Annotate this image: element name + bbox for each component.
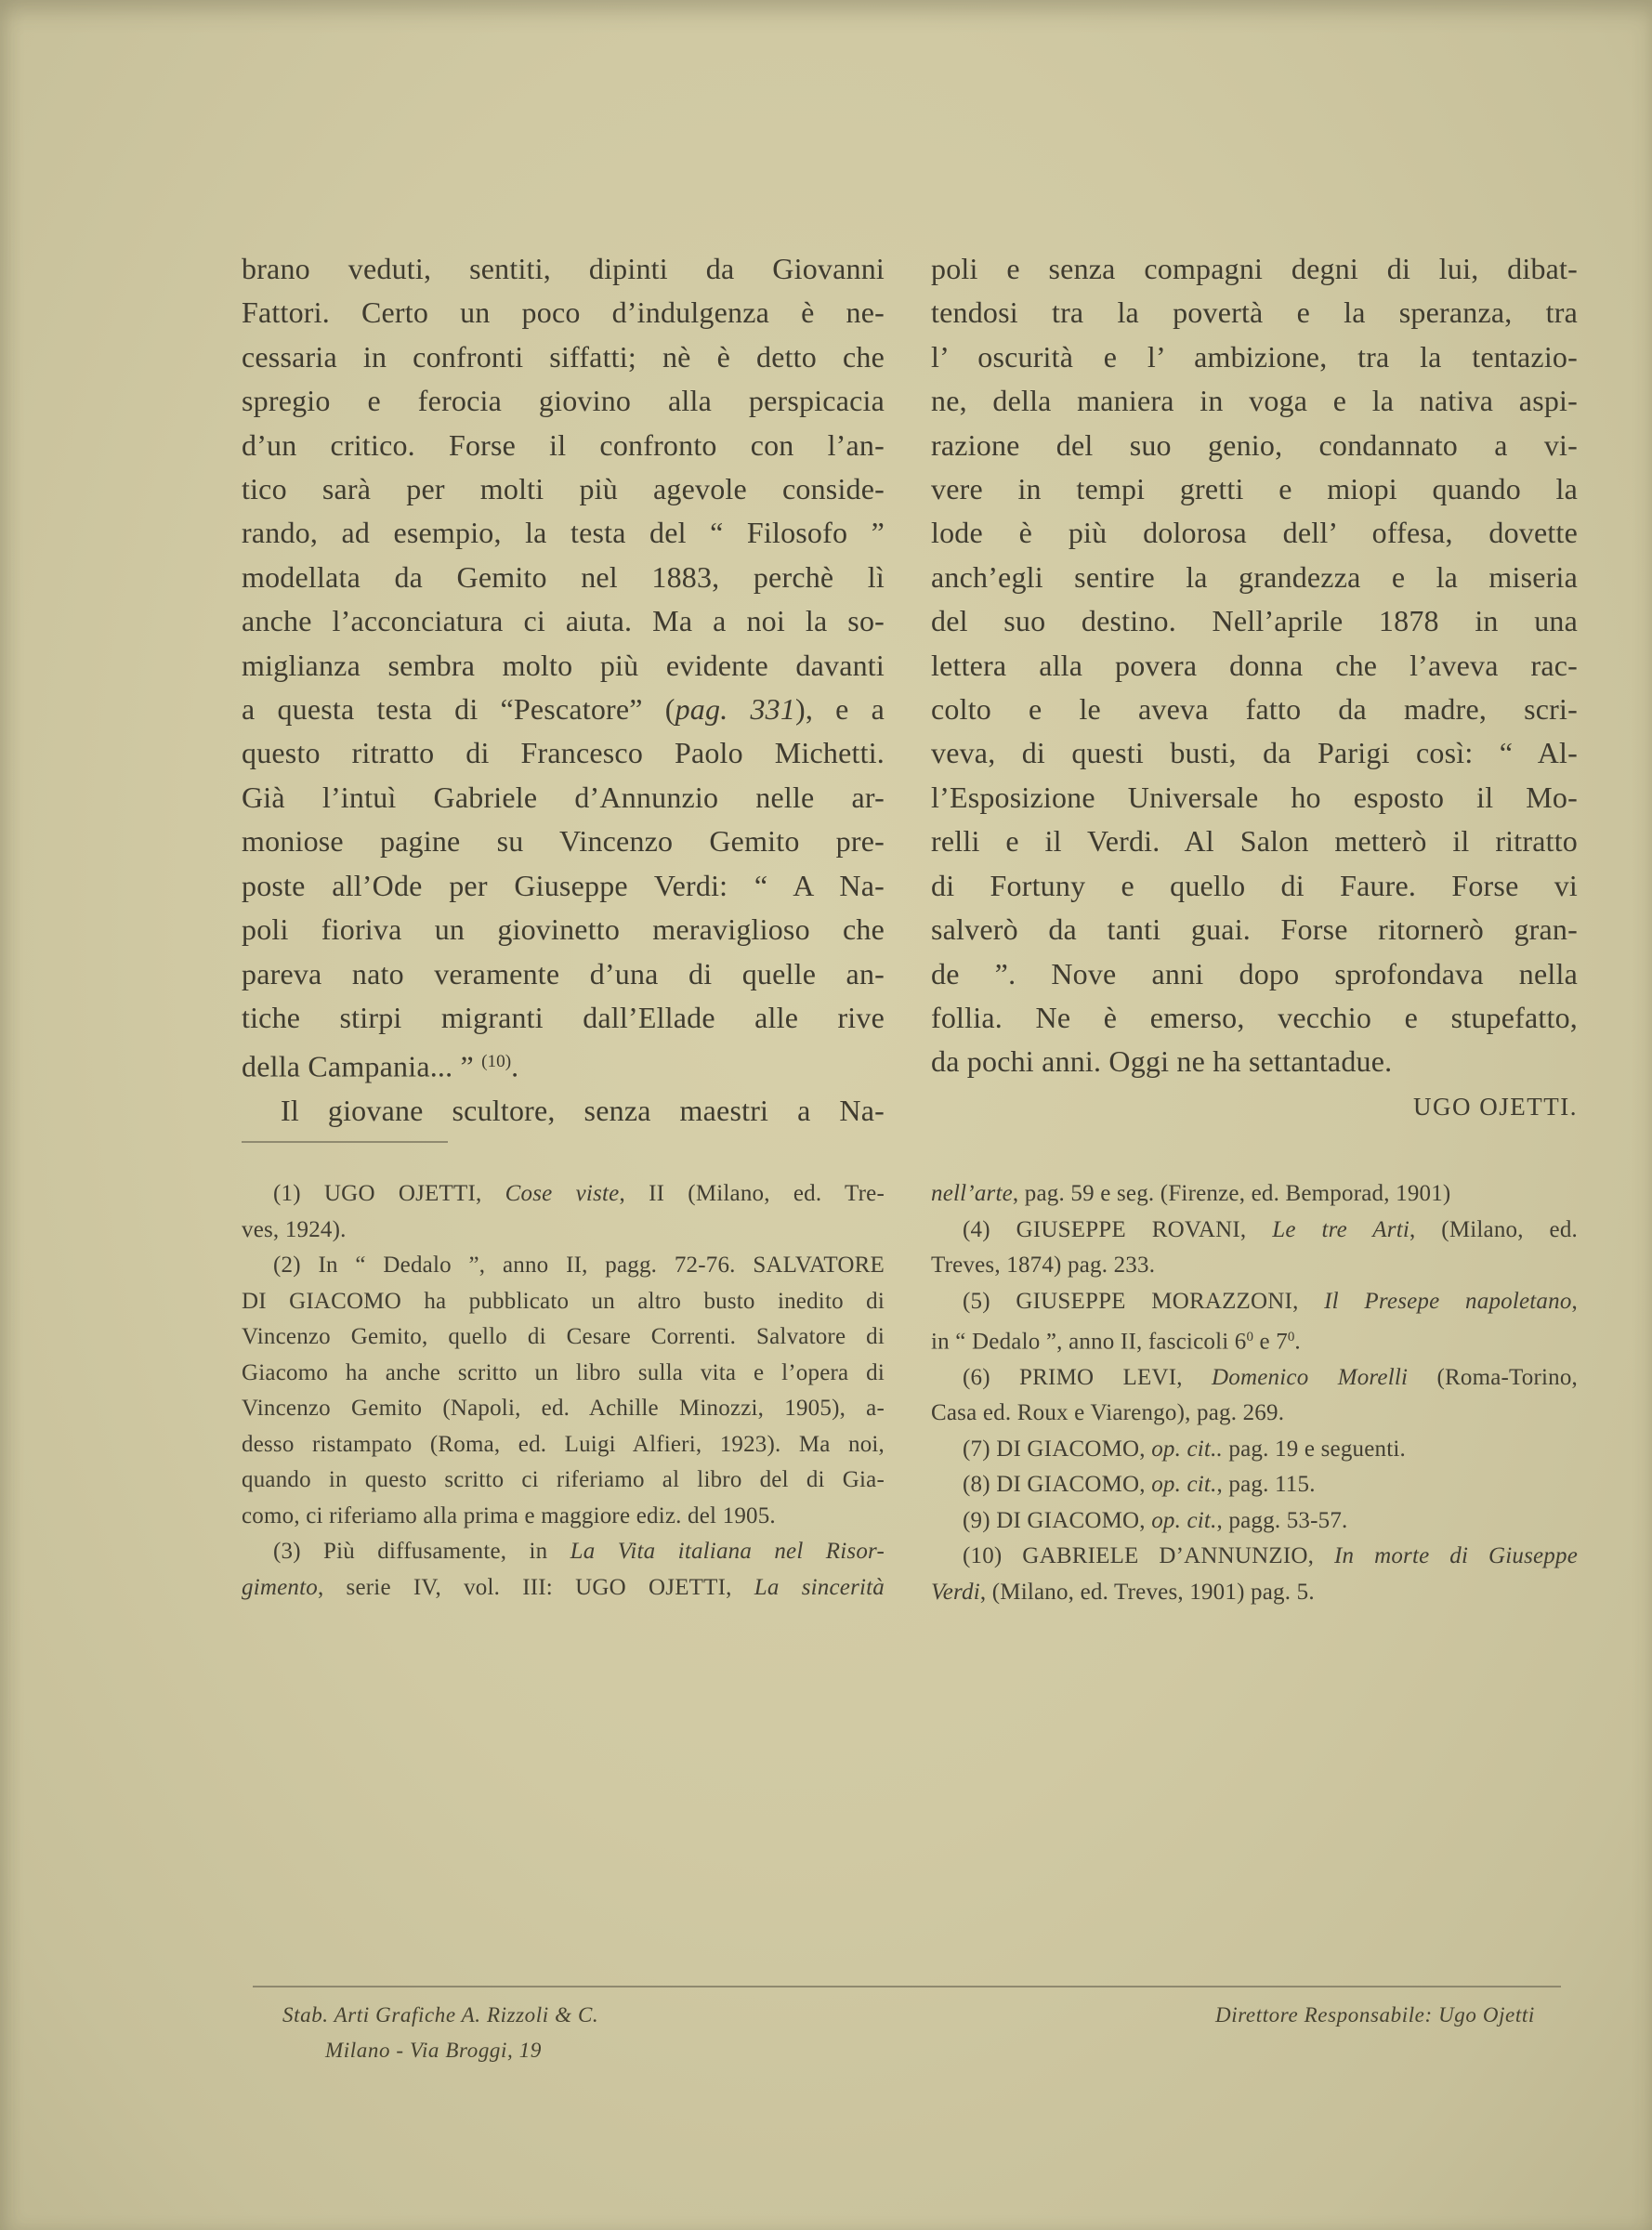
- footnotes-right-column: nell’arte, pag. 59 e seg. (Firenze, ed. …: [931, 1176, 1578, 1610]
- text-segment: poste all’Ode per Giuseppe Verdi: “ A Na…: [242, 869, 885, 902]
- text-segment: (9) DI GIACOMO,: [963, 1508, 1151, 1533]
- text-segment: Treves, 1874) pag. 233.: [931, 1253, 1155, 1278]
- text-line: Già l’intuì Gabriele d’Annunzio nelle ar…: [242, 776, 885, 820]
- text-segment: Verdi: [931, 1580, 980, 1605]
- text-segment: nell’arte: [931, 1181, 1013, 1206]
- text-segment: e 7: [1253, 1329, 1288, 1354]
- text-line: desso ristampato (Roma, ed. Luigi Alfier…: [242, 1427, 885, 1463]
- text-line: Vincenzo Gemito (Napoli, ed. Achille Min…: [242, 1391, 885, 1427]
- text-segment: salverò da tanti guai. Forse ritornerò g…: [931, 912, 1578, 946]
- text-segment: della Campania... ”: [242, 1050, 481, 1083]
- text-line: (5) GIUSEPPE MORAZZONI, Il Presepe napol…: [931, 1284, 1578, 1320]
- text-line: (3) Più diffusamente, in La Vita italian…: [242, 1534, 885, 1570]
- text-line: ves, 1924).: [242, 1213, 885, 1249]
- text-segment: op. cit.: [1151, 1508, 1216, 1533]
- text-line: rando, ad esempio, la testa del “ Filoso…: [242, 511, 885, 555]
- text-line: miglianza sembra molto più evidente dava…: [242, 644, 885, 688]
- text-segment: di Fortuny e quello di Faure. Forse vi: [931, 869, 1578, 902]
- text-line: poli fioriva un giovinetto meraviglioso …: [242, 908, 885, 951]
- text-line: cessaria in confronti siffatti; nè è det…: [242, 335, 885, 379]
- text-segment: miglianza sembra molto più evidente dava…: [242, 649, 885, 682]
- text-segment: (5) GIUSEPPE MORAZZONI,: [963, 1289, 1324, 1314]
- text-segment: , pagg. 53-57.: [1217, 1508, 1348, 1533]
- text-line: lode è più dolorosa dell’ offesa, dovett…: [931, 511, 1578, 555]
- text-segment: tiche stirpi migranti dall’Ellade alle r…: [242, 1001, 885, 1034]
- text-line: de ”. Nove anni dopo sprofondava nella: [931, 952, 1578, 996]
- text-line: poli e senza compagni degni di lui, diba…: [931, 247, 1578, 291]
- footnote-separator-rule: [242, 1141, 448, 1143]
- text-segment: brano veduti, sentiti, dipinti da Giovan…: [242, 252, 885, 285]
- text-segment: follia. Ne è emerso, vecchio e stupefatt…: [931, 1001, 1578, 1034]
- text-line: follia. Ne è emerso, vecchio e stupefatt…: [931, 996, 1578, 1040]
- text-line: tico sarà per molti più agevole conside-: [242, 467, 885, 511]
- text-segment: l’Esposizione Universale ho esposto il M…: [931, 780, 1578, 814]
- text-line: (10) GABRIELE D’ANNUNZIO, In morte di Gi…: [931, 1539, 1578, 1575]
- text-line: del suo destino. Nell’aprile 1878 in una: [931, 599, 1578, 643]
- text-segment: poli e senza compagni degni di lui, diba…: [931, 252, 1578, 285]
- text-line: vere in tempi gretti e miopi quando la: [931, 467, 1578, 511]
- text-segment: (6) PRIMO LEVI,: [963, 1365, 1212, 1390]
- text-segment: in “ Dedalo ”, anno II, fascicoli 6: [931, 1329, 1247, 1354]
- text-line: (7) DI GIACOMO, op. cit.. pag. 19 e segu…: [931, 1432, 1578, 1468]
- text-segment: (7) DI GIACOMO,: [963, 1436, 1151, 1462]
- text-segment: .: [1294, 1329, 1300, 1354]
- text-segment: , (Milano, ed.: [1409, 1217, 1578, 1242]
- text-segment: , II (Milano, ed. Tre-: [619, 1181, 885, 1206]
- text-segment: anch’egli sentire la grandezza e la mise…: [931, 560, 1578, 594]
- text-line: della Campania... ” (10).: [242, 1040, 885, 1089]
- text-line: l’Esposizione Universale ho esposto il M…: [931, 776, 1578, 820]
- text-line: salverò da tanti guai. Forse ritornerò g…: [931, 908, 1578, 951]
- text-segment: lettera alla povera donna che l’aveva ra…: [931, 649, 1578, 682]
- text-line: quando in questo scritto ci riferiamo al…: [242, 1463, 885, 1499]
- text-segment: desso ristampato (Roma, ed. Luigi Alfier…: [242, 1432, 885, 1457]
- text-line: poste all’Ode per Giuseppe Verdi: “ A Na…: [242, 864, 885, 908]
- text-segment: como, ci riferiamo alla prima e maggiore…: [242, 1503, 776, 1528]
- text-segment: (10) GABRIELE D’ANNUNZIO,: [963, 1543, 1334, 1568]
- text-line: anche l’acconciatura ci aiuta. Ma a noi …: [242, 599, 885, 643]
- text-line: Verdi, (Milano, ed. Treves, 1901) pag. 5…: [931, 1575, 1578, 1611]
- text-line: (1) UGO OJETTI, Cose viste, II (Milano, …: [242, 1176, 885, 1213]
- text-segment: colto e le aveva fatto da madre, scri-: [931, 692, 1578, 726]
- text-line: Treves, 1874) pag. 233.: [931, 1248, 1578, 1284]
- text-segment: spregio e ferocia giovino alla perspicac…: [242, 384, 885, 417]
- text-segment: ne, della maniera in voga e la nativa as…: [931, 384, 1578, 417]
- text-line: d’un critico. Forse il confronto con l’a…: [242, 424, 885, 467]
- text-segment: Il Presepe napoletano: [1324, 1289, 1571, 1314]
- text-segment: poli fioriva un giovinetto meraviglioso …: [242, 912, 885, 946]
- text-segment: rando, ad esempio, la testa del “ Filoso…: [242, 516, 885, 549]
- text-segment: Fattori. Certo un poco d’indulgenza è ne…: [242, 295, 885, 329]
- text-line: da pochi anni. Oggi ne ha settantadue.: [931, 1040, 1578, 1083]
- text-line: Giacomo ha anche scritto un libro sulla …: [242, 1356, 885, 1392]
- text-segment: Il giovane scultore, senza maestri a Na-: [281, 1094, 885, 1127]
- text-segment: modellata da Gemito nel 1883, perchè lì: [242, 560, 885, 594]
- text-segment: tico sarà per molti più agevole conside-: [242, 472, 885, 505]
- text-segment: d’un critico. Forse il confronto con l’a…: [242, 428, 885, 462]
- text-line: brano veduti, sentiti, dipinti da Giovan…: [242, 247, 885, 291]
- text-segment: tendosi tra la povertà e la speranza, tr…: [931, 295, 1578, 329]
- text-line: (2) In “ Dedalo ”, anno II, pagg. 72-76.…: [242, 1248, 885, 1284]
- printer-imprint-line1: Stab. Arti Grafiche A. Rizzoli & C.: [282, 2003, 598, 2027]
- text-segment: pareva nato veramente d’una di quelle an…: [242, 957, 885, 990]
- text-segment: l’ oscurità e l’ ambizione, tra la tenta…: [931, 340, 1578, 374]
- text-line: gimento, serie IV, vol. III: UGO OJETTI,…: [242, 1570, 885, 1607]
- text-line: (8) DI GIACOMO, op. cit., pag. 115.: [931, 1467, 1578, 1503]
- text-segment: del suo destino. Nell’aprile 1878 in una: [931, 604, 1578, 637]
- text-line: relli e il Verdi. Al Salon metterò il ri…: [931, 820, 1578, 863]
- main-text-right-column: poli e senza compagni degni di lui, diba…: [931, 247, 1578, 1084]
- text-line: DI GIACOMO ha pubblicato un altro busto …: [242, 1284, 885, 1320]
- text-line: razione del suo genio, condannato a vi-: [931, 424, 1578, 467]
- text-segment: vere in tempi gretti e miopi quando la: [931, 472, 1578, 505]
- text-line: Casa ed. Roux e Viarengo), pag. 269.: [931, 1396, 1578, 1432]
- text-segment: pag. 19 e seguenti.: [1223, 1436, 1406, 1462]
- text-segment: La Vita italiana nel Risor-: [570, 1539, 885, 1564]
- text-line: Fattori. Certo un poco d’indulgenza è ne…: [242, 291, 885, 334]
- text-segment: In morte di Giuseppe: [1334, 1543, 1578, 1568]
- text-segment: .: [511, 1050, 518, 1083]
- director-credit: Direttore Responsabile: Ugo Ojetti: [1215, 2003, 1535, 2027]
- text-segment: anche l’acconciatura ci aiuta. Ma a noi …: [242, 604, 885, 637]
- text-segment: , serie IV, vol. III: UGO OJETTI,: [318, 1575, 754, 1600]
- text-segment: a questa testa di “Pescatore” (: [242, 692, 675, 726]
- text-segment: da pochi anni. Oggi ne ha settantadue.: [931, 1044, 1392, 1078]
- author-signature: UGO OJETTI.: [931, 1085, 1609, 1129]
- footnotes-left-column: (1) UGO OJETTI, Cose viste, II (Milano, …: [242, 1176, 885, 1606]
- text-segment: Casa ed. Roux e Viarengo), pag. 269.: [931, 1400, 1284, 1425]
- text-segment: ,: [1572, 1289, 1578, 1314]
- text-line: tendosi tra la povertà e la speranza, tr…: [931, 291, 1578, 334]
- text-segment: gimento: [242, 1575, 318, 1600]
- text-segment: Le tre Arti: [1272, 1217, 1409, 1242]
- text-segment: ), e a: [795, 692, 885, 726]
- text-segment: questo ritratto di Francesco Paolo Miche…: [242, 736, 885, 769]
- text-line: nell’arte, pag. 59 e seg. (Firenze, ed. …: [931, 1176, 1578, 1213]
- text-line: Vincenzo Gemito, quello di Cesare Corren…: [242, 1319, 885, 1356]
- printer-imprint-line2: Milano - Via Broggi, 19: [325, 2039, 542, 2063]
- text-segment: Cose viste: [505, 1181, 620, 1206]
- text-segment: (4) GIUSEPPE ROVANI,: [963, 1217, 1272, 1242]
- text-line: l’ oscurità e l’ ambizione, tra la tenta…: [931, 335, 1578, 379]
- text-segment: 0: [1247, 1330, 1254, 1345]
- text-segment: Domenico Morelli: [1212, 1365, 1408, 1390]
- text-segment: , (Milano, ed. Treves, 1901) pag. 5.: [980, 1580, 1315, 1605]
- text-line: spregio e ferocia giovino alla perspicac…: [242, 379, 885, 423]
- text-segment: de ”. Nove anni dopo sprofondava nella: [931, 957, 1578, 990]
- text-segment: ves, 1924).: [242, 1217, 347, 1242]
- text-segment: (2) In “ Dedalo ”, anno II, pagg. 72-76.…: [273, 1253, 885, 1278]
- text-line: moniose pagine su Vincenzo Gemito pre-: [242, 820, 885, 863]
- text-segment: Vincenzo Gemito, quello di Cesare Corren…: [242, 1324, 885, 1349]
- text-segment: (10): [481, 1052, 511, 1071]
- text-line: in “ Dedalo ”, anno II, fascicoli 60 e 7…: [931, 1319, 1578, 1360]
- text-segment: Già l’intuì Gabriele d’Annunzio nelle ar…: [242, 780, 885, 814]
- text-segment: lode è più dolorosa dell’ offesa, dovett…: [931, 516, 1578, 549]
- text-segment: op. cit.: [1151, 1472, 1216, 1497]
- text-segment: pag. 331: [675, 692, 795, 726]
- text-segment: , pag. 115.: [1217, 1472, 1316, 1497]
- scanned-magazine-page: brano veduti, sentiti, dipinti da Giovan…: [0, 0, 1652, 2230]
- text-line: Il giovane scultore, senza maestri a Na-: [242, 1089, 885, 1133]
- text-segment: Giacomo ha anche scritto un libro sulla …: [242, 1360, 885, 1385]
- text-line: (4) GIUSEPPE ROVANI, Le tre Arti, (Milan…: [931, 1213, 1578, 1249]
- text-line: tiche stirpi migranti dall’Ellade alle r…: [242, 996, 885, 1040]
- text-line: como, ci riferiamo alla prima e maggiore…: [242, 1499, 885, 1535]
- bottom-rule: [253, 1986, 1561, 1987]
- text-segment: cessaria in confronti siffatti; nè è det…: [242, 340, 885, 374]
- text-segment: DI GIACOMO ha pubblicato un altro busto …: [242, 1289, 885, 1314]
- text-line: ne, della maniera in voga e la nativa as…: [931, 379, 1578, 423]
- text-segment: , pag. 59 e seg. (Firenze, ed. Bemporad,…: [1013, 1181, 1451, 1206]
- text-segment: op. cit..: [1151, 1436, 1223, 1462]
- text-line: veva, di questi busti, da Parigi così: “…: [931, 731, 1578, 775]
- text-segment: La sincerità: [754, 1575, 885, 1600]
- text-segment: relli e il Verdi. Al Salon metterò il ri…: [931, 824, 1578, 858]
- text-line: (9) DI GIACOMO, op. cit., pagg. 53-57.: [931, 1503, 1578, 1540]
- text-segment: (1) UGO OJETTI,: [273, 1181, 505, 1206]
- text-line: a questa testa di “Pescatore” (pag. 331)…: [242, 688, 885, 731]
- text-segment: veva, di questi busti, da Parigi così: “…: [931, 736, 1578, 769]
- text-line: di Fortuny e quello di Faure. Forse vi: [931, 864, 1578, 908]
- text-segment: (Roma-Torino,: [1408, 1365, 1578, 1390]
- text-segment: (8) DI GIACOMO,: [963, 1472, 1151, 1497]
- text-line: questo ritratto di Francesco Paolo Miche…: [242, 731, 885, 775]
- text-segment: (3) Più diffusamente, in: [273, 1539, 570, 1564]
- text-line: colto e le aveva fatto da madre, scri-: [931, 688, 1578, 731]
- text-segment: moniose pagine su Vincenzo Gemito pre-: [242, 824, 885, 858]
- text-segment: Vincenzo Gemito (Napoli, ed. Achille Min…: [242, 1396, 885, 1421]
- text-line: lettera alla povera donna che l’aveva ra…: [931, 644, 1578, 688]
- text-line: modellata da Gemito nel 1883, perchè lì: [242, 556, 885, 599]
- text-line: (6) PRIMO LEVI, Domenico Morelli (Roma-T…: [931, 1360, 1578, 1397]
- text-line: anch’egli sentire la grandezza e la mise…: [931, 556, 1578, 599]
- main-text-left-column: brano veduti, sentiti, dipinti da Giovan…: [242, 247, 885, 1134]
- text-segment: razione del suo genio, condannato a vi-: [931, 428, 1578, 462]
- text-line: pareva nato veramente d’una di quelle an…: [242, 952, 885, 996]
- text-segment: quando in questo scritto ci riferiamo al…: [242, 1467, 885, 1492]
